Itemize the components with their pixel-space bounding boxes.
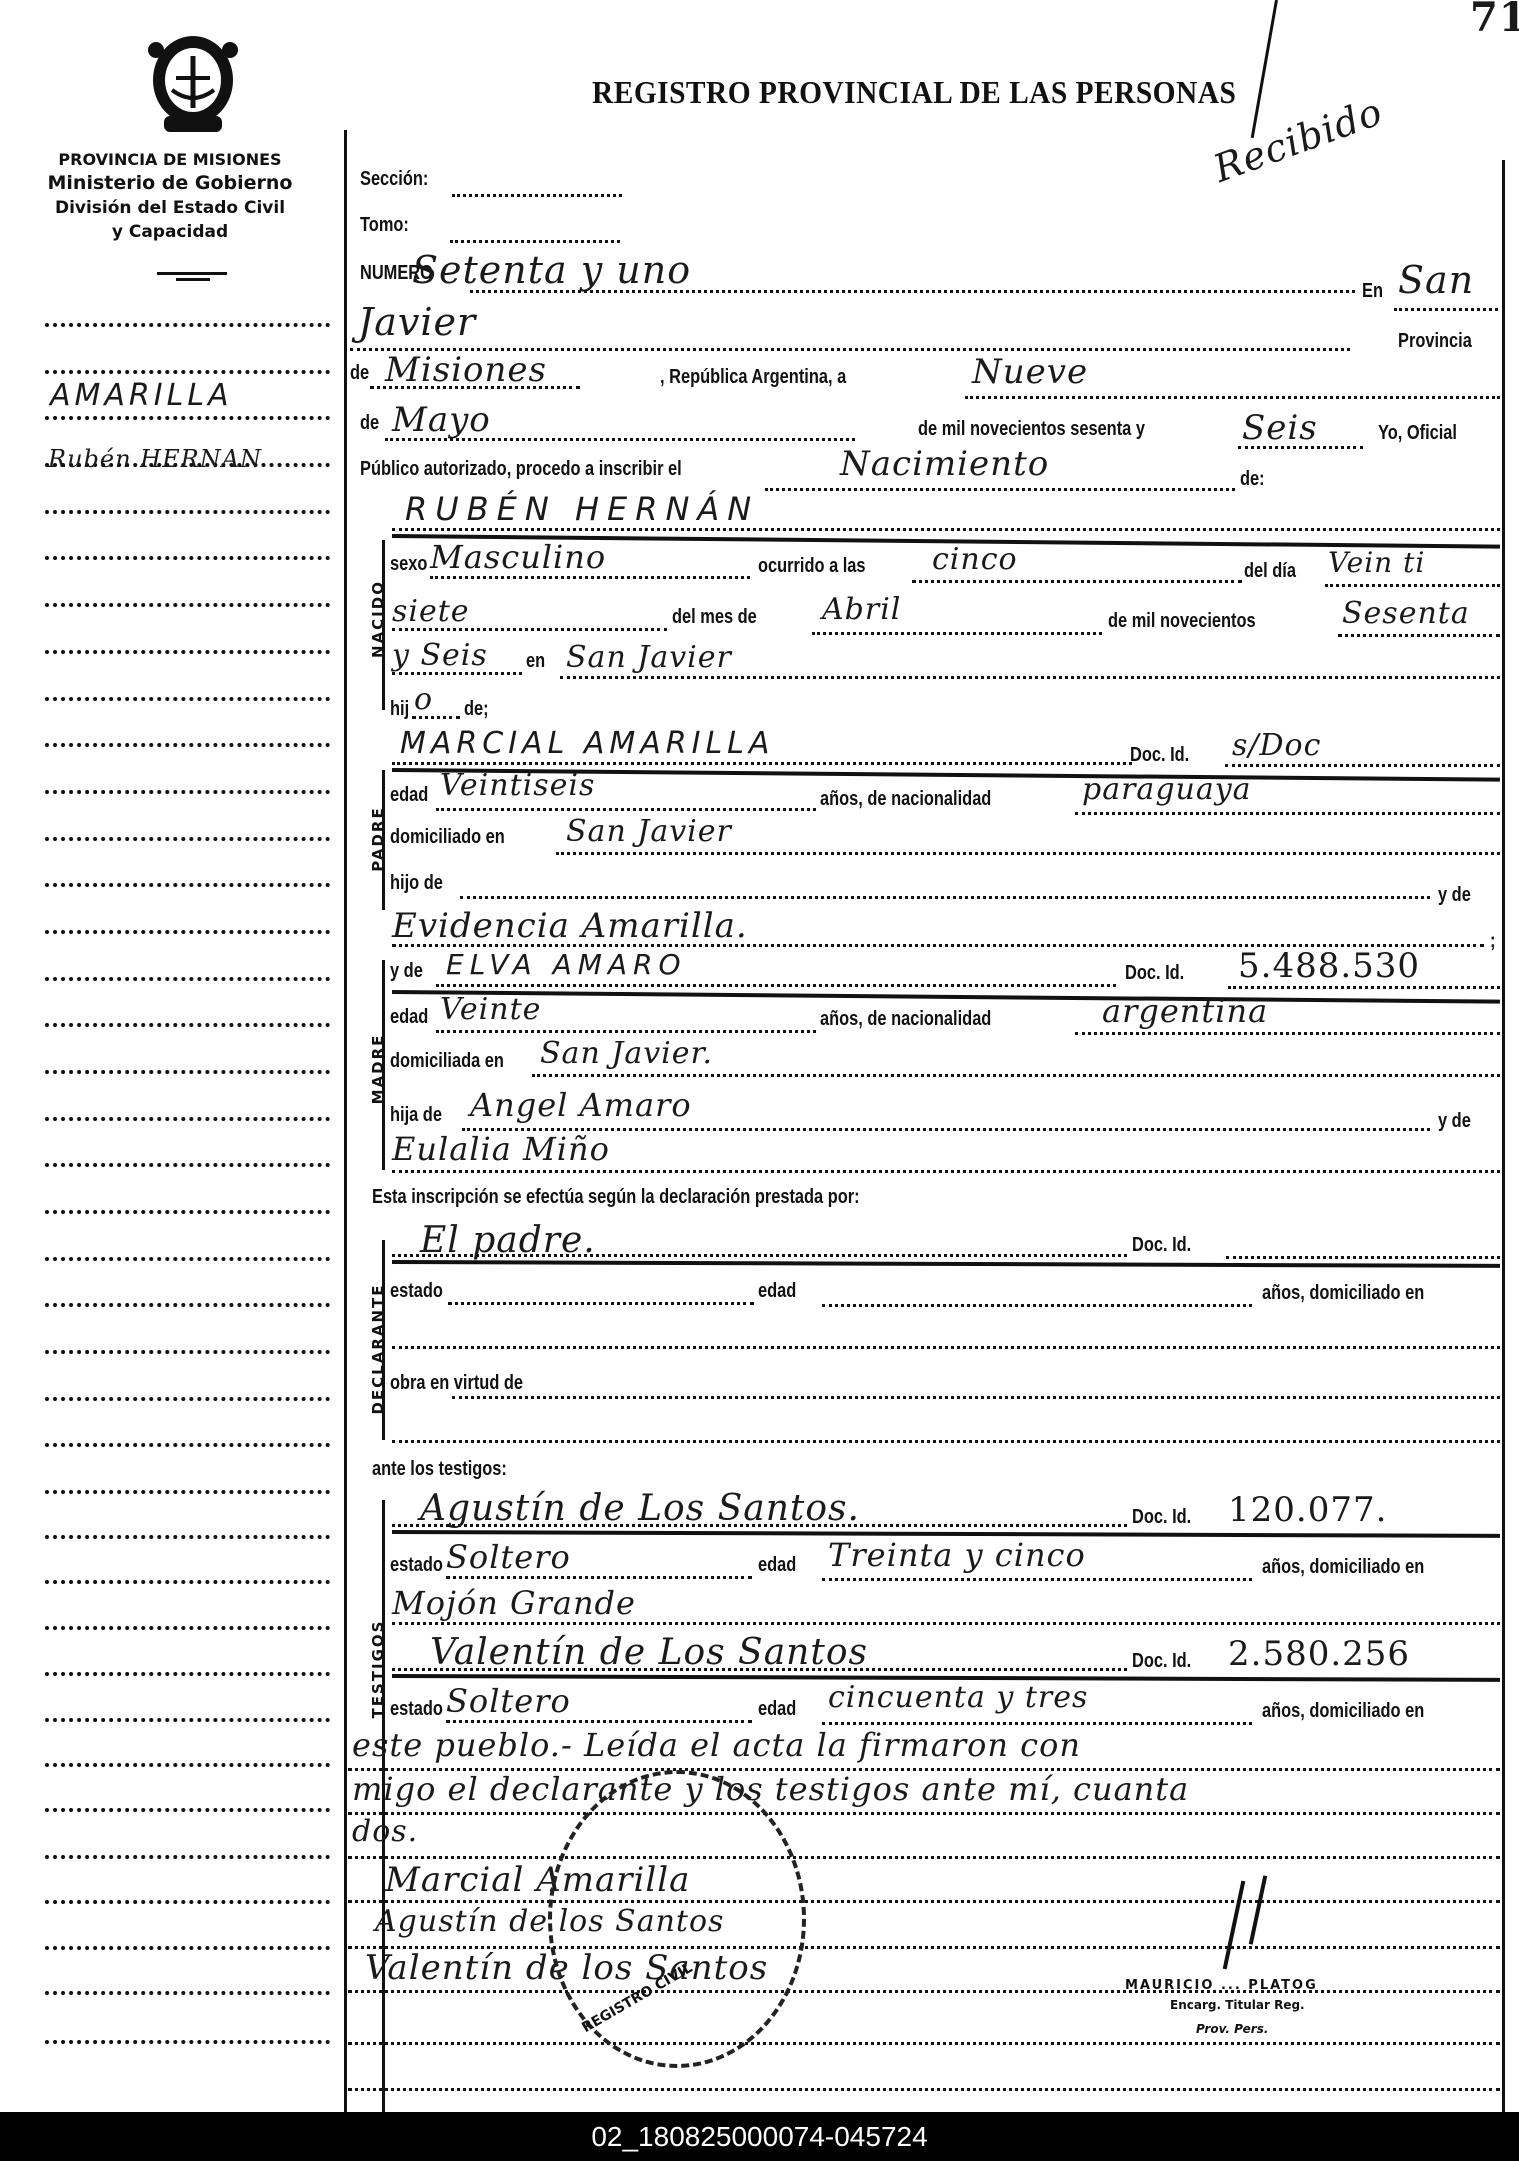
dia-field-1[interactable] bbox=[1325, 584, 1500, 587]
declarante-obra-field-2[interactable] bbox=[392, 1440, 1500, 1443]
document-title: REGISTRO PROVINCIAL DE LAS PERSONAS bbox=[592, 74, 1236, 111]
tomo-label: Tomo: bbox=[360, 214, 409, 237]
padre-edad-field[interactable] bbox=[436, 808, 816, 811]
witness-1-doc-label: Doc. Id. bbox=[1132, 1506, 1191, 1529]
lugar-value: San Javier bbox=[566, 640, 732, 675]
dia-field-2[interactable] bbox=[392, 628, 667, 631]
declarante-obra-label: obra en virtud de bbox=[390, 1372, 523, 1395]
en-label: En bbox=[1362, 280, 1383, 303]
madre-doc-label: Doc. Id. bbox=[1125, 962, 1184, 985]
official-signature-stroke bbox=[1223, 1881, 1246, 1970]
de2-label: de bbox=[360, 412, 379, 435]
witness-1-edad-value: Treinta y cinco bbox=[828, 1536, 1086, 1574]
numero-field[interactable] bbox=[470, 290, 1355, 293]
madre-y-de-label-2: y de bbox=[1438, 1110, 1471, 1133]
month-value: Mayo bbox=[392, 400, 491, 440]
padre-nacionalidad-label: años, de nacionalidad bbox=[820, 788, 991, 811]
madre-doc-value: 5.488.530 bbox=[1238, 946, 1420, 986]
madre-hija-de-label: hija de bbox=[390, 1104, 442, 1127]
org-underline-2 bbox=[176, 278, 210, 281]
witness-2-edad-value: cincuenta y tres bbox=[828, 1680, 1088, 1715]
margin-given-names: Rubén HERNAN bbox=[48, 445, 262, 473]
padre-doc-label: Doc. Id. bbox=[1130, 744, 1189, 767]
padre-nacionalidad-value: paraguaya bbox=[1082, 772, 1252, 807]
declarante-estado-label: estado bbox=[390, 1280, 443, 1303]
declarante-domicilio-label: años, domiciliado en bbox=[1262, 1282, 1424, 1305]
padre-domicilio-field[interactable] bbox=[556, 852, 1500, 855]
madre-nacionalidad-label: años, de nacionalidad bbox=[820, 1008, 991, 1031]
publico-label: Público autorizado, procedo a inscribir … bbox=[360, 458, 682, 481]
anio-field-2[interactable] bbox=[392, 672, 522, 675]
witness-1-estado-label: estado bbox=[390, 1554, 443, 1577]
witness-2-edad-label: edad bbox=[758, 1698, 796, 1721]
numero-value: Setenta y uno bbox=[412, 248, 691, 292]
child-name-dots bbox=[392, 528, 1500, 531]
madre-edad-label: edad bbox=[390, 1006, 428, 1029]
oficial-label: Yo, Oficial bbox=[1378, 422, 1457, 445]
padre-madre-value: Evidencia Amarilla. bbox=[392, 906, 748, 946]
declarante-domicilio-field[interactable] bbox=[392, 1346, 1500, 1349]
madre-top-rule bbox=[392, 990, 1500, 1004]
declarante-doc-label: Doc. Id. bbox=[1132, 1234, 1191, 1257]
act-type-value: Nacimiento bbox=[840, 444, 1049, 484]
madre-madre-value: Eulalia Miño bbox=[392, 1130, 610, 1168]
lugar-field[interactable] bbox=[560, 676, 1500, 679]
tomo-field[interactable] bbox=[450, 240, 620, 243]
signature-stroke bbox=[1251, 0, 1278, 138]
madre-edad-field[interactable] bbox=[436, 1030, 816, 1033]
padre-hijo-de-label: hijo de bbox=[390, 872, 443, 895]
witness-1-name-dots bbox=[392, 1524, 1127, 1527]
padre-edad-value: Veintiseis bbox=[440, 768, 595, 803]
ocurrido-label: ocurrido a las bbox=[758, 555, 866, 578]
republica-label: , República Argentina, a bbox=[660, 366, 846, 389]
madre-name-dots bbox=[436, 984, 1116, 987]
seccion-label: Sección: bbox=[360, 168, 428, 191]
sexo-field[interactable] bbox=[430, 576, 750, 579]
testigos-intro: ante los testigos: bbox=[372, 1458, 507, 1481]
mes-value: Abril bbox=[822, 592, 901, 627]
declarante-edad-label: edad bbox=[758, 1280, 796, 1303]
hora-value: cinco bbox=[932, 542, 1018, 577]
anio-value-1: Sesenta bbox=[1342, 596, 1470, 631]
nacido-section-label: NACIDO bbox=[369, 569, 387, 669]
padre-nacionalidad-field[interactable] bbox=[1075, 812, 1500, 815]
closing-line-2: migo el declarante y los testigos ante m… bbox=[352, 1770, 1189, 1808]
madre-y-de-label: y de bbox=[390, 960, 423, 983]
dia-value-1: Vein ti bbox=[1328, 546, 1425, 579]
province-field[interactable] bbox=[370, 386, 580, 389]
hij-value: o bbox=[414, 682, 433, 717]
margin-surname: AMARILLA bbox=[50, 378, 233, 413]
org-division-2: y Capacidad bbox=[0, 222, 340, 242]
city-value-2: Javier bbox=[358, 300, 476, 344]
witness-1-edad-label: edad bbox=[758, 1554, 796, 1577]
madre-nacionalidad-field[interactable] bbox=[1075, 1032, 1500, 1035]
witness-2-edad-field[interactable] bbox=[822, 1722, 1252, 1725]
madre-hija-de-value: Angel Amaro bbox=[470, 1086, 692, 1124]
hij-field[interactable] bbox=[412, 716, 460, 719]
witness-1-estado-value: Soltero bbox=[446, 1538, 571, 1576]
main-right-border bbox=[1502, 160, 1505, 2112]
madre-domicilio-value: San Javier. bbox=[540, 1036, 713, 1071]
anio-label: de mil novecientos bbox=[1108, 610, 1256, 633]
de3-label: de: bbox=[1240, 468, 1265, 491]
year-label: de mil novecientos sesenta y bbox=[918, 418, 1145, 441]
org-province: PROVINCIA DE MISIONES bbox=[0, 150, 340, 169]
witness-1-domicilio-field[interactable] bbox=[392, 1622, 1500, 1625]
de-label: de bbox=[350, 362, 369, 385]
hij-de-label: de; bbox=[464, 698, 489, 721]
witness-1-domicilio-value: Mojón Grande bbox=[392, 1584, 636, 1622]
padre-doc-value: s/Doc bbox=[1232, 728, 1321, 763]
madre-name: ELVA AMARO bbox=[446, 948, 687, 981]
declarante-obra-field[interactable] bbox=[452, 1396, 1500, 1399]
act-type-field[interactable] bbox=[765, 488, 1235, 491]
witness-2-estado-value: Soltero bbox=[446, 1682, 571, 1720]
witness-1-doc-value: 120.077. bbox=[1228, 1490, 1387, 1530]
madre-domicilio-label: domiciliada en bbox=[390, 1050, 504, 1073]
official-title-2: Prov. Pers. bbox=[1196, 2022, 1268, 2036]
declarante-name-dots bbox=[392, 1254, 1127, 1257]
anio-field-1[interactable] bbox=[1338, 634, 1500, 637]
semicolon: ; bbox=[1490, 930, 1495, 953]
declarante-estado-field[interactable] bbox=[448, 1302, 754, 1305]
witness-2-name: Valentín de Los Santos bbox=[430, 1632, 868, 1673]
madre-domicilio-field[interactable] bbox=[532, 1074, 1500, 1077]
madre-doc-field[interactable] bbox=[1228, 986, 1500, 989]
witness-1-edad-field[interactable] bbox=[822, 1578, 1252, 1581]
provincial-crest-icon bbox=[146, 28, 240, 138]
mes-label: del mes de bbox=[672, 606, 757, 629]
main-left-border bbox=[344, 130, 347, 2112]
day-value: Nueve bbox=[972, 352, 1088, 392]
mes-field[interactable] bbox=[812, 632, 1102, 635]
year-value: Seis bbox=[1242, 408, 1318, 448]
witness-1-estado-field[interactable] bbox=[446, 1576, 752, 1579]
month-field[interactable] bbox=[385, 438, 855, 441]
madre-nacionalidad-value: argentina bbox=[1102, 992, 1268, 1030]
closing-line-1: este pueblo.- Leída el acta la firmaron … bbox=[352, 1726, 1081, 1764]
declarante-edad-field[interactable] bbox=[822, 1304, 1252, 1307]
witness-2-domicilio-label: años, domiciliado en bbox=[1262, 1700, 1424, 1723]
year-field[interactable] bbox=[1238, 446, 1363, 449]
signature-line-5 bbox=[348, 2088, 1500, 2091]
image-id-footer: 02_180825000074-045724 bbox=[0, 2112, 1519, 2161]
declarante-doc-field[interactable] bbox=[1226, 1256, 1500, 1259]
madre-madre-field[interactable] bbox=[392, 1170, 1500, 1173]
witness-2-doc-label: Doc. Id. bbox=[1132, 1650, 1191, 1673]
city-value-1: San bbox=[1398, 258, 1474, 302]
org-division: División del Estado Civil bbox=[0, 198, 340, 218]
padre-section-label: PADRE bbox=[369, 789, 387, 889]
seccion-field[interactable] bbox=[452, 194, 622, 197]
provincia-label: Provincia bbox=[1398, 330, 1472, 353]
padre-hijo-de-field[interactable] bbox=[460, 896, 1430, 899]
witness-2-estado-field[interactable] bbox=[446, 1720, 752, 1723]
witness-2-name-dots bbox=[392, 1668, 1127, 1671]
witness-2-estado-label: estado bbox=[390, 1698, 443, 1721]
sexo-label: sexo bbox=[390, 553, 427, 576]
page-number: 71 bbox=[1470, 0, 1519, 41]
official-name: MAURICIO ... PLATOG bbox=[1125, 1978, 1318, 1993]
hora-field[interactable] bbox=[912, 580, 1242, 583]
declarante-top-rule bbox=[392, 1260, 1500, 1268]
city-field-end bbox=[1394, 308, 1498, 311]
padre-doc-field[interactable] bbox=[1225, 764, 1500, 767]
closing-line-3-dots bbox=[348, 1856, 1500, 1859]
declarante-section-label: DECLARANTE bbox=[369, 1279, 387, 1419]
testigos-section-label: TESTIGOS bbox=[369, 1609, 387, 1729]
madre-edad-value: Veinte bbox=[440, 992, 541, 1027]
child-name: RUBÉN HERNÁN bbox=[405, 490, 759, 528]
padre-name-dots bbox=[392, 762, 1132, 765]
org-ministry: Ministerio de Gobierno bbox=[0, 172, 340, 194]
padre-name: MARCIAL AMARILLA bbox=[400, 726, 774, 761]
madre-section-label: MADRE bbox=[369, 1019, 387, 1119]
padre-domicilio-label: domiciliado en bbox=[390, 826, 505, 849]
official-signature-stroke-2 bbox=[1249, 1875, 1267, 1944]
dia-label: del día bbox=[1244, 560, 1296, 583]
declarante-intro: Esta inscripción se efectúa según la dec… bbox=[372, 1186, 860, 1209]
official-title-1: Encarg. Titular Reg. bbox=[1170, 1998, 1305, 2012]
signature-line-3 bbox=[348, 1990, 1500, 1993]
dia-value-2: siete bbox=[392, 594, 470, 629]
province-value: Misiones bbox=[385, 350, 547, 390]
signature-line-1 bbox=[348, 1900, 1500, 1903]
image-id-text: 02_180825000074-045724 bbox=[591, 2121, 927, 2153]
org-underline bbox=[157, 272, 227, 275]
witness-1-name: Agustín de Los Santos. bbox=[420, 1488, 860, 1529]
closing-line-2-dots bbox=[348, 1812, 1500, 1815]
hij-label: hij bbox=[390, 698, 409, 721]
padre-edad-label: edad bbox=[390, 784, 428, 807]
closing-line-3: dos. bbox=[352, 1814, 418, 1849]
anio-value-2: y Seis bbox=[392, 638, 488, 673]
witness-2-doc-value: 2.580.256 bbox=[1228, 1634, 1410, 1674]
witness-1-domicilio-label: años, domiciliado en bbox=[1262, 1556, 1424, 1579]
signature-line-4 bbox=[348, 2042, 1500, 2045]
en-nacido-label: en bbox=[526, 650, 545, 673]
padre-y-de-label: y de bbox=[1438, 884, 1471, 907]
padre-domicilio-value: San Javier bbox=[566, 814, 732, 849]
day-field[interactable] bbox=[965, 396, 1500, 399]
sexo-value: Masculino bbox=[430, 538, 606, 576]
